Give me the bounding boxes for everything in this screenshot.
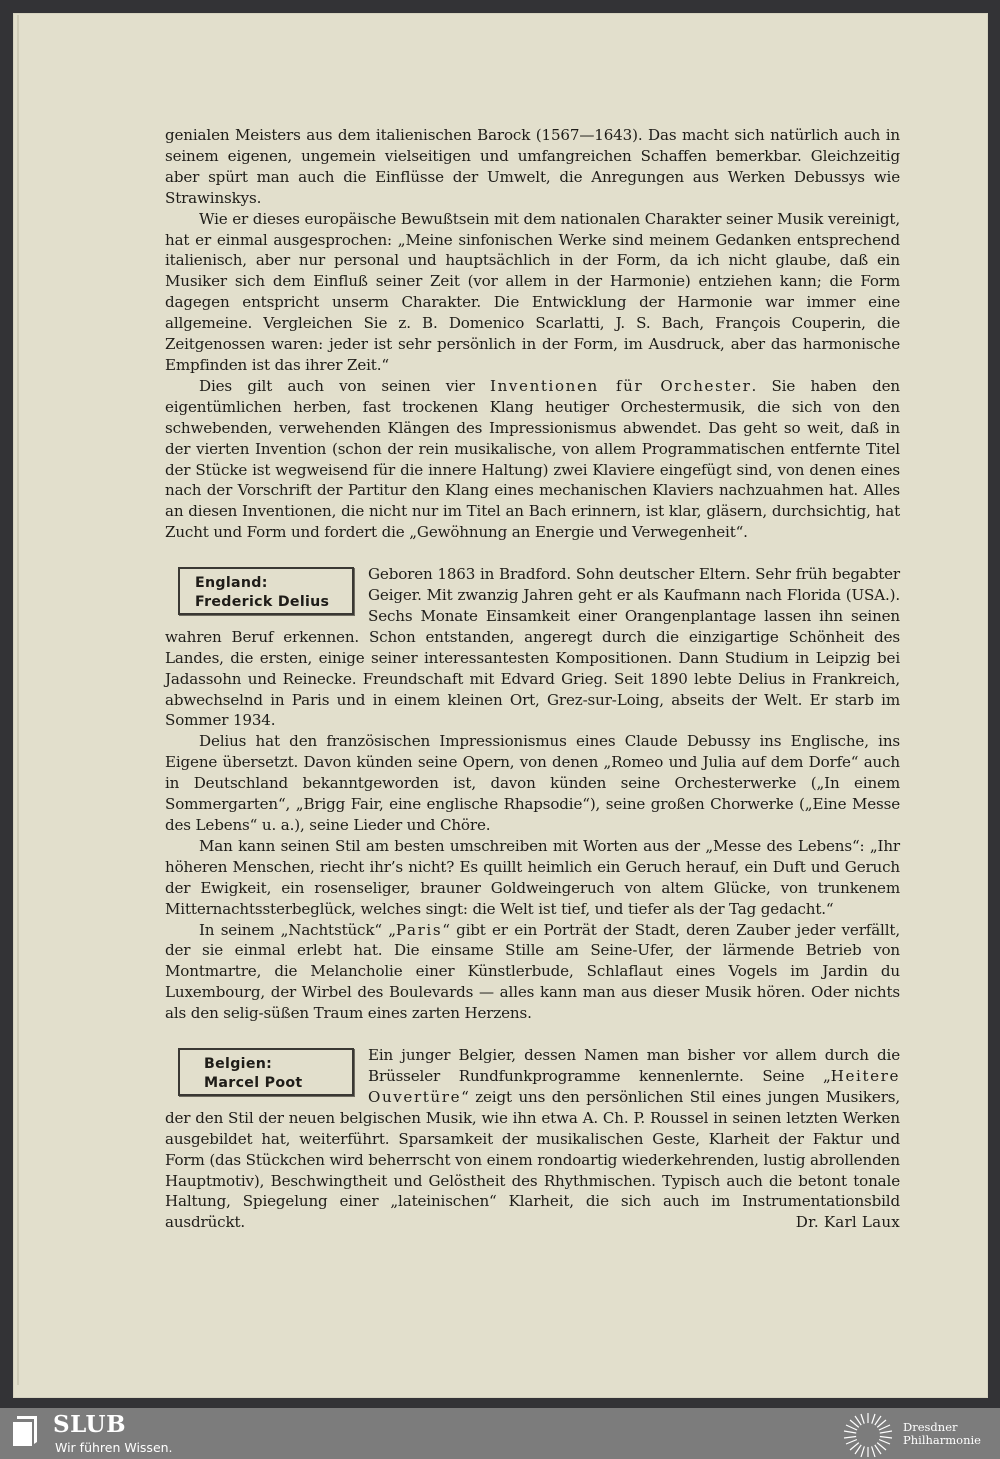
philharmonie-name-line2: Philharmonie	[903, 1434, 981, 1447]
slub-tagline: Wir führen Wissen.	[55, 1440, 173, 1455]
author-signature: Dr. Karl Laux	[796, 1212, 900, 1233]
composer-name: Frederick Delius	[195, 593, 352, 612]
delius-paris-paragraph: In seinem „Nachtstück“ „Paris“ gibt er e…	[165, 920, 900, 1025]
section-england-delius: England: Frederick Delius Geboren 1863 i…	[165, 564, 900, 1024]
composer-label-box: England: Frederick Delius	[178, 567, 354, 615]
intro-paragraph-2: Wie er dieses europäische Bewußtsein mit…	[165, 209, 900, 376]
composer-name: Marcel Poot	[204, 1074, 352, 1093]
delius-quote-paragraph: Man kann seinen Stil am besten umschreib…	[165, 836, 900, 920]
paris-title: Paris	[396, 921, 442, 939]
slub-name: SLUB	[53, 1411, 126, 1438]
inventions-text-before: Dies gilt auch von seinen vier	[199, 377, 490, 395]
inventions-text-after: . Sie haben den eigentümlichen herben, f…	[165, 377, 900, 541]
delius-style-paragraph: Delius hat den französischen Impressioni…	[165, 731, 900, 836]
inventions-title: Inventionen für Orchester	[490, 377, 751, 395]
paris-text-before: In seinem „Nachtstück“ „	[199, 921, 396, 939]
section-belgium-poot: Belgien: Marcel Poot Ein junger Belgier,…	[165, 1045, 900, 1233]
dresdner-philharmonie-sunburst-icon	[842, 1412, 894, 1458]
composer-label-box: Belgien: Marcel Poot	[178, 1048, 354, 1096]
intro-paragraph-1: genialen Meisters aus dem italienischen …	[165, 125, 900, 209]
inventions-paragraph: Dies gilt auch von seinen vier Invention…	[165, 376, 900, 543]
poot-text-after: “ zeigt uns den persönlichen Stil eines …	[165, 1088, 900, 1231]
footer-bar: SLUB Wir führen Wissen. Dresdner Philhar…	[0, 1408, 1000, 1459]
country-label: Belgien:	[204, 1055, 352, 1074]
poot-text-before: Ein junger Belgier, dessen Namen man bis…	[368, 1046, 900, 1085]
slub-book-icon	[13, 1414, 41, 1448]
scan-background: genialen Meisters aus dem italienischen …	[0, 0, 1000, 1408]
article-body: genialen Meisters aus dem italienischen …	[165, 125, 900, 1233]
philharmonie-name: Dresdner Philharmonie	[903, 1421, 981, 1447]
country-label: England:	[195, 574, 352, 593]
